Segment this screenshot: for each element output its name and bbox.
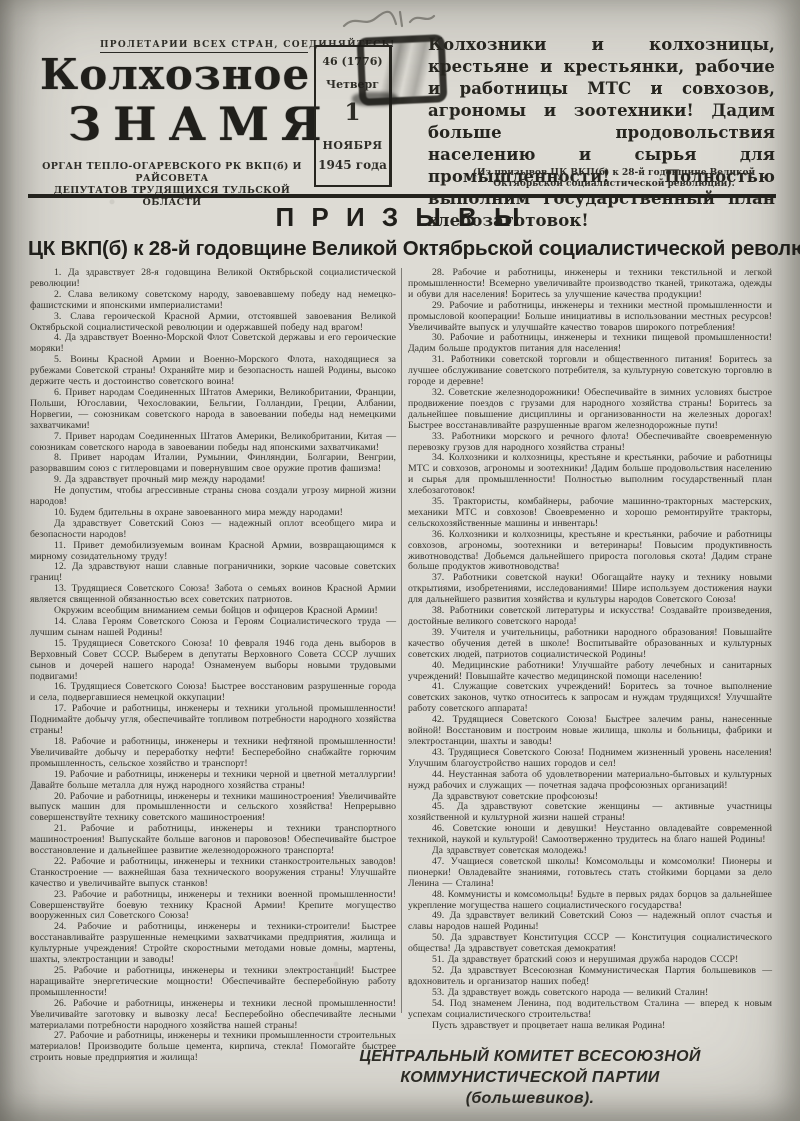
slogan-paragraph: Не допустим, чтобы агрессивные страны сн… [30, 486, 396, 508]
slogan-paragraph: 11. Привет демобилизуемым воинам Красной… [30, 541, 396, 563]
organ-line-1: ОРГАН ТЕПЛО-ОГАРЕВСКОГО РК ВКП(б) И РАЙС… [42, 161, 302, 184]
slogan-paragraph: 27. Рабочие и работницы, инженеры и техн… [30, 1031, 396, 1064]
slogan-paragraph: 21. Рабочие и работницы, инженеры и техн… [30, 824, 396, 857]
signature-line-1: ЦЕНТРАЛЬНЫЙ КОМИТЕТ ВСЕСОЮЗНОЙ [352, 1046, 708, 1067]
slogan-paragraph: 26. Рабочие и работницы, инженеры и техн… [30, 999, 396, 1032]
newspaper-title-line2: ЗНАМЯ [68, 97, 334, 151]
slogan-paragraph: 14. Слава Героям Советского Союза и Геро… [30, 617, 396, 639]
right-column: 28. Рабочие и работницы, инженеры и техн… [408, 268, 772, 1031]
lead-attribution-line-2: Октябрьской социалистической революции). [493, 179, 735, 189]
slogan-paragraph: 38. Работники советской литературы и иск… [408, 606, 772, 628]
slogan-paragraph: 50. Да здравствует Конституция СССР — Ко… [408, 933, 772, 955]
slogan-paragraph: 22. Рабочие и работницы, инженеры и техн… [30, 857, 396, 890]
slogan-paragraph: 31. Работники советской торговли и общес… [408, 355, 772, 388]
slogan-paragraph: 33. Работники морского и речного флота! … [408, 432, 772, 454]
issue-year: 1945 года [316, 158, 389, 172]
ink-smudge [352, 92, 398, 106]
slogan-paragraph: 16. Трудящиеся Советского Союза! Быстрее… [30, 682, 396, 704]
slogan-paragraph: 45. Да здравствуют советские женщины — а… [408, 802, 772, 824]
slogan-paragraph: 19. Рабочие и работницы, инженеры и техн… [30, 770, 396, 792]
newspaper-title-line1: Колхозное [40, 50, 300, 99]
slogan-paragraph: 52. Да здравствует Всесоюзная Коммунисти… [408, 966, 772, 988]
slogan-paragraph: 41. Служащие советских учреждений! Борит… [408, 682, 772, 715]
lead-attribution-line-1: (Из призывов ЦК ВКП(б) к 28-й годовщине … [473, 168, 755, 178]
slogan-paragraph: 36. Колхозники и колхозницы, крестьяне и… [408, 530, 772, 574]
slogan-paragraph: Пусть здравствует и процветает наша вели… [408, 1021, 772, 1032]
slogan-paragraph: 5. Воины Красной Армии и Военно-Морского… [30, 355, 396, 388]
slogan-paragraph: 34. Колхозники и колхозницы, крестьяне и… [408, 453, 772, 497]
slogan-paragraph: 47. Учащиеся советской школы! Комсомольц… [408, 857, 772, 890]
slogan-paragraph: 37. Работники советской науки! Обогащайт… [408, 573, 772, 606]
slogan-paragraph: 20. Рабочие и работницы, инженеры и техн… [30, 792, 396, 825]
slogan-paragraph: 35. Трактористы, комбайнеры, рабочие маш… [408, 497, 772, 530]
slogan-paragraph: 48. Коммунисты и комсомольцы! Будьте в п… [408, 890, 772, 912]
slogan-paragraph: 4. Да здравствует Военно-Морской Флот Со… [30, 333, 396, 355]
slogan-paragraph: 43. Трудящиеся Советского Союза! Подниме… [408, 748, 772, 770]
slogan-paragraph: 7. Привет народам Соединенных Штатов Аме… [30, 432, 396, 454]
slogan-paragraph: 40. Медицинские работники! Улучшайте раб… [408, 661, 772, 683]
lead-attribution: (Из призывов ЦК ВКП(б) к 28-й годовщине … [452, 168, 776, 190]
signature-block: ЦЕНТРАЛЬНЫЙ КОМИТЕТ ВСЕСОЮЗНОЙ КОММУНИСТ… [352, 1046, 708, 1109]
column-divider [401, 268, 402, 1013]
left-column: 1. Да здравствует 28-я годовщина Великой… [30, 268, 396, 1064]
slogan-paragraph: 8. Привет народам Италии, Румынии, Финля… [30, 453, 396, 475]
slogan-paragraph: 28. Рабочие и работницы, инженеры и техн… [408, 268, 772, 301]
slogan-paragraph: 30. Рабочие и работницы, инженеры и техн… [408, 333, 772, 355]
newspaper-page: ПРОЛЕТАРИИ ВСЕХ СТРАН, СОЕДИНЯЙТЕСЬ! Кол… [0, 0, 800, 1121]
masthead-rule [28, 194, 776, 198]
slogan-paragraph: 6. Привет народам Соединенных Штатов Аме… [30, 388, 396, 432]
issue-month: НОЯБРЯ [316, 139, 389, 152]
slogan-paragraph: 32. Советские железнодорожники! Обеспечи… [408, 388, 772, 432]
slogan-paragraph: 17. Рабочие и работницы, инженеры и техн… [30, 704, 396, 737]
slogan-paragraph: 46. Советские юноши и девушки! Неустанно… [408, 824, 772, 846]
slogan-paragraph: 12. Да здравствуют наши славные погранич… [30, 562, 396, 584]
slogan-paragraph: 18. Рабочие и работницы, инженеры и техн… [30, 737, 396, 770]
slogan-paragraph: 42. Трудящиеся Советского Союза! Быстрее… [408, 715, 772, 748]
slogan-paragraph: 29. Рабочие и работницы, инженеры и техн… [408, 301, 772, 334]
signature-line-2: КОММУНИСТИЧЕСКОЙ ПАРТИИ (большевиков). [352, 1067, 708, 1109]
slogan-paragraph: 23. Рабочие и работницы, инженеры и техн… [30, 890, 396, 923]
slogan-paragraph: 49. Да здравствует великий Советский Сою… [408, 911, 772, 933]
slogan-paragraph: 25. Рабочие и работницы, инженеры и техн… [30, 966, 396, 999]
slogan-paragraph: 54. Под знаменем Ленина, под водительств… [408, 999, 772, 1021]
handwritten-mark [330, 4, 440, 34]
page-subtitle: ЦК ВКП(б) к 28-й годовщине Великой Октяб… [28, 237, 776, 261]
slogan-paragraph: 2. Слава великому советскому народу, зав… [30, 290, 396, 312]
slogan-paragraph: Да здравствует Советский Союз — надежный… [30, 519, 396, 541]
slogan-paragraph: 13. Трудящиеся Советского Союза! Забота … [30, 584, 396, 606]
slogan-paragraph: 24. Рабочие и работницы, инженеры и техн… [30, 922, 396, 966]
slogan-paragraph: 1. Да здравствует 28-я годовщина Великой… [30, 268, 396, 290]
slogan-paragraph: 15. Трудящиеся Советского Союза! 10 февр… [30, 639, 396, 683]
slogan-paragraph: 3. Слава героической Красной Армии, отст… [30, 312, 396, 334]
slogan-paragraph: 39. Учителя и учительницы, работники нар… [408, 628, 772, 661]
page-title: П Р И З Ы В Ы [0, 202, 800, 233]
slogan-paragraph: 44. Неустанная забота об удовлетворении … [408, 770, 772, 792]
